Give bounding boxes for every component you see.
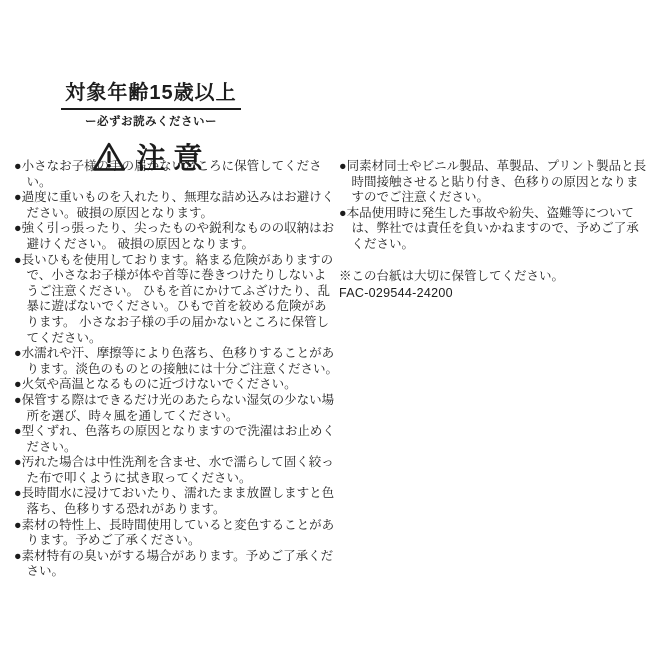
list-item-text: 素材の特性上、長時間使用していると変色することがあります。予めご了承ください。 bbox=[22, 518, 335, 548]
note-block: ※この台紙は大切に保管してください。 FAC-029544-24200 bbox=[339, 268, 647, 302]
list-item-text: 長時間水に浸けておいたり、濡れたまま放置しますと色落ち、色移りする恐れがあります… bbox=[22, 486, 335, 516]
bullet-marker: ● bbox=[14, 549, 22, 563]
bullet-marker: ● bbox=[339, 159, 347, 173]
bullet-marker: ● bbox=[14, 221, 22, 235]
bullet-marker: ● bbox=[14, 518, 22, 532]
list-item: ●長いひもを使用しております。絡まる危険がありますので、小さなお子様が体や首等に… bbox=[14, 253, 338, 347]
right-column: ●同素材同士やビニル製品、革製品、プリント製品と長時間接触させると貼り付き、色移… bbox=[339, 159, 647, 302]
list-item: ●長時間水に浸けておいたり、濡れたまま放置しますと色落ち、色移りする恐れがありま… bbox=[14, 486, 338, 517]
list-item-text: 過度に重いものを入れたり、無理な詰め込みはお避けください。破損の原因となります。 bbox=[22, 190, 335, 220]
left-column: ●小さなお子様の手の届かないところに保管してください。 ●過度に重いものを入れた… bbox=[14, 159, 338, 580]
bullet-marker: ● bbox=[14, 253, 22, 267]
must-read-note: ー必ずお読みくださいー bbox=[36, 113, 266, 129]
list-item: ●同素材同士やビニル製品、革製品、プリント製品と長時間接触させると貼り付き、色移… bbox=[339, 159, 647, 206]
keep-card-note: ※この台紙は大切に保管してください。 bbox=[339, 268, 647, 285]
list-item-text: 火気や高温となるものに近づけないでください。 bbox=[22, 377, 297, 391]
left-bullet-list: ●小さなお子様の手の届かないところに保管してください。 ●過度に重いものを入れた… bbox=[14, 159, 338, 580]
right-bullet-list: ●同素材同士やビニル製品、革製品、プリント製品と長時間接触させると貼り付き、色移… bbox=[339, 159, 647, 253]
list-item-text: 同素材同士やビニル製品、革製品、プリント製品と長時間接触させると貼り付き、色移り… bbox=[347, 159, 647, 204]
bullet-marker: ● bbox=[14, 346, 22, 360]
list-item-text: 保管する際はできるだけ光のあたらない湿気の少ない場所を選び、時々風を通してくださ… bbox=[22, 393, 335, 423]
list-item: ●過度に重いものを入れたり、無理な詰め込みはお避けください。破損の原因となります… bbox=[14, 190, 338, 221]
bullet-marker: ● bbox=[14, 455, 22, 469]
list-item: ●型くずれ、色落ちの原因となりますので洗濯はお止めください。 bbox=[14, 424, 338, 455]
list-item-text: 素材特有の臭いがする場合があります。予めご了承ください。 bbox=[22, 549, 334, 579]
bullet-marker: ● bbox=[14, 377, 22, 391]
bullet-marker: ● bbox=[14, 486, 22, 500]
list-item-text: 強く引っ張ったり、尖ったものや鋭利なものの収納はお避けください。 破損の原因とな… bbox=[22, 221, 335, 251]
target-age-text: 対象年齢15歳以上 bbox=[61, 76, 240, 110]
list-item: ●火気や高温となるものに近づけないでください。 bbox=[14, 377, 338, 393]
list-item-text: 長いひもを使用しております。絡まる危険がありますので、小さなお子様が体や首等に巻… bbox=[22, 253, 334, 345]
caution-card: 対象年齢15歳以上 ー必ずお読みくださいー 注意 ●小さなお子様の手の届かないと… bbox=[0, 0, 652, 652]
list-item: ●強く引っ張ったり、尖ったものや鋭利なものの収納はお避けください。 破損の原因と… bbox=[14, 221, 338, 252]
list-item-text: 水濡れや汗、摩擦等により色落ち、色移りすることがあります。淡色のものとの接触には… bbox=[22, 346, 338, 376]
list-item: ●保管する際はできるだけ光のあたらない湿気の少ない場所を選び、時々風を通してくだ… bbox=[14, 393, 338, 424]
list-item: ●汚れた場合は中性洗剤を含ませ、水で濡らして固く絞った布で叩くように拭き取ってく… bbox=[14, 455, 338, 486]
bullet-marker: ● bbox=[339, 206, 347, 220]
bullet-marker: ● bbox=[14, 159, 22, 173]
list-item: ●素材の特性上、長時間使用していると変色することがあります。予めご了承ください。 bbox=[14, 518, 338, 549]
target-age-label: 対象年齢15歳以上 bbox=[36, 76, 266, 110]
list-item: ●小さなお子様の手の届かないところに保管してください。 bbox=[14, 159, 338, 190]
list-item-text: 本品使用時に発生した事故や紛失、盗難等については、弊社では責任を負いかねますので… bbox=[347, 206, 639, 251]
list-item-text: 型くずれ、色落ちの原因となりますので洗濯はお止めください。 bbox=[22, 424, 335, 454]
bullet-marker: ● bbox=[14, 190, 22, 204]
list-item: ●本品使用時に発生した事故や紛失、盗難等については、弊社では責任を負いかねますの… bbox=[339, 206, 647, 253]
list-item: ●水濡れや汗、摩擦等により色落ち、色移りすることがあります。淡色のものとの接触に… bbox=[14, 346, 338, 377]
bullet-marker: ● bbox=[14, 424, 22, 438]
list-item-text: 小さなお子様の手の届かないところに保管してください。 bbox=[22, 159, 322, 189]
bullet-marker: ● bbox=[14, 393, 22, 407]
list-item-text: 汚れた場合は中性洗剤を含ませ、水で濡らして固く絞った布で叩くように拭き取ってくだ… bbox=[22, 455, 334, 485]
list-item: ●素材特有の臭いがする場合があります。予めご了承ください。 bbox=[14, 549, 338, 580]
product-code: FAC-029544-24200 bbox=[339, 285, 647, 302]
